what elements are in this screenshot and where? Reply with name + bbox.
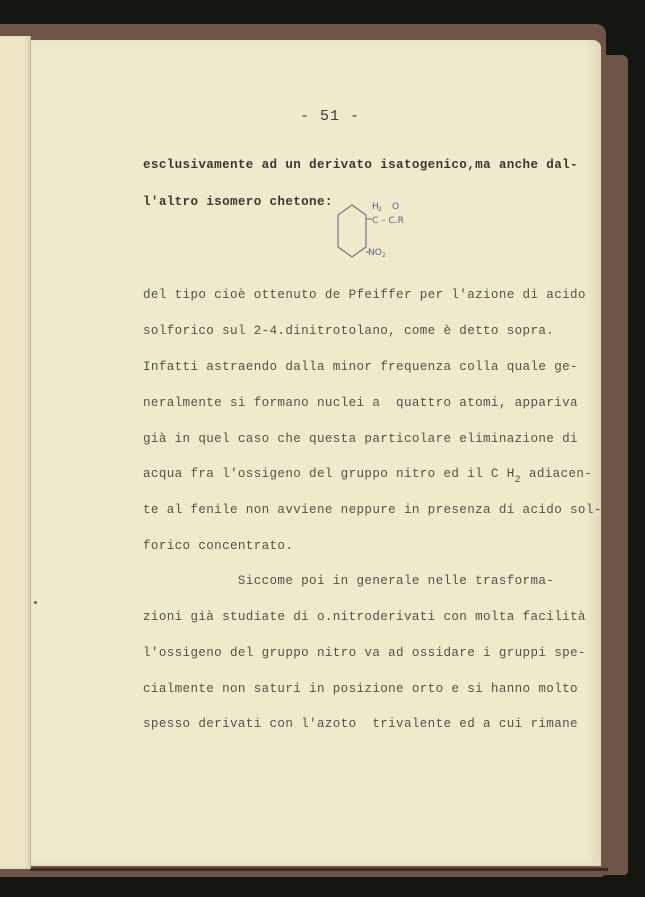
- text-line: te al fenile non avviene neppure in pres…: [143, 503, 602, 517]
- svg-text:O: O: [392, 202, 399, 212]
- benzene-ring-icon: H2 O C – C.R NO2: [332, 195, 442, 275]
- chemical-structure: H2 O C – C.R NO2: [332, 195, 442, 275]
- text-line: esclusivamente ad un derivato isatogenic…: [143, 158, 578, 172]
- text-line: l'altro isomero chetone:: [143, 195, 333, 209]
- text-line: spesso derivati con l'azoto trivalente e…: [143, 717, 578, 731]
- text-line: forico concentrato.: [143, 539, 293, 553]
- text-line-with-subscript: acqua fra l'ossigeno del gruppo nitro ed…: [143, 467, 592, 481]
- svg-text:NO: NO: [368, 248, 382, 258]
- text-line: solforico sul 2-4.dinitrotolano, come è …: [143, 324, 554, 338]
- text-line: del tipo cioè ottenuto de Pfeiffer per l…: [143, 288, 586, 302]
- svg-text:2: 2: [378, 206, 382, 213]
- text-line: già in quel caso che questa particolare …: [143, 432, 578, 446]
- margin-mark: [34, 601, 37, 604]
- text-line: Infatti astraendo dalla minor frequenza …: [143, 360, 578, 374]
- text-line: zioni già studiate di o.nitroderivati co…: [143, 610, 586, 624]
- text-line: Siccome poi in generale nelle trasforma-: [143, 574, 554, 588]
- svg-text:2: 2: [382, 252, 386, 259]
- svg-text:C – C.R: C – C.R: [372, 216, 404, 226]
- subscript: 2: [515, 475, 521, 486]
- text-segment: acqua fra l'ossigeno del gruppo nitro ed…: [143, 467, 515, 481]
- previous-page-edge: [0, 36, 31, 869]
- text-line: cialmente non saturi in posizione orto e…: [143, 682, 578, 696]
- text-line: l'ossigeno del gruppo nitro va ad ossida…: [143, 646, 586, 660]
- text-line: neralmente si formano nuclei a quattro a…: [143, 396, 578, 410]
- page-number: - 51 -: [300, 108, 370, 125]
- text-segment: adiacen-: [521, 467, 592, 481]
- cover-shadow: [30, 868, 608, 871]
